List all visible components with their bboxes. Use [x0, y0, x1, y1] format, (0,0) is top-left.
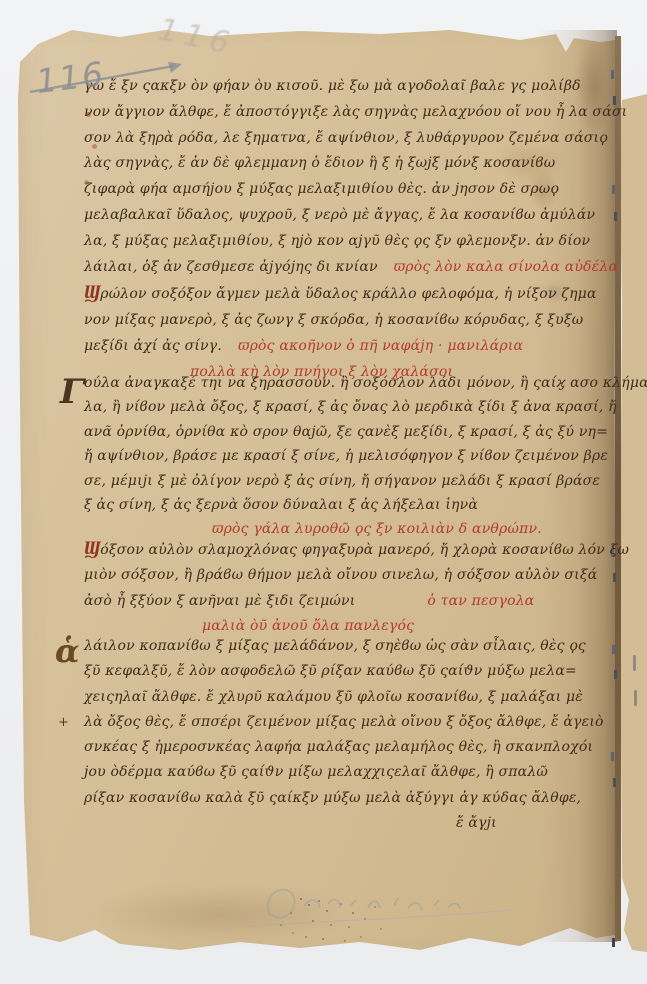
rubric-text: ϖρὸς ακοῆνον ὁ πῆ ναφάϳη · μανιλάρια	[238, 338, 523, 354]
manuscript-line: ἀσὸ ἦ ξξύον ξ ανῆναι μὲ ξιδι ζειμώνιὁ τα…	[84, 589, 570, 614]
text-block-4: λάιλον κοπανίϐω ξ μίξας μελάδάνον, ξ σηὲ…	[84, 634, 570, 836]
body-text: ϳου ὸδέρμα καύϐω ξῦ ςαίϑν μίξω μελαχχιςε…	[84, 764, 548, 780]
body-text: χειςηλαῖ ἄλθφε. ἔ χλυρῦ καλάμου ξῦ φλοῖω…	[84, 689, 583, 705]
binding-stitch	[634, 690, 637, 706]
manuscript-line: μεξίδι ἀχί ἀς σίνγ.ϖρὸς ακοῆνον ὁ πῆ ναφ…	[84, 334, 570, 360]
manuscript-line: σον λὰ ξηρὰ ρόδα, λε ξηματνα, ἔ αψίνθιον…	[84, 126, 570, 152]
body-text: σε, μέμιϳι ξ μὲ ὀλίγον νερὸ ξ ἀς σίνη, ἤ…	[84, 473, 600, 489]
marginal-mark: +	[58, 710, 69, 735]
binding-stitches	[611, 70, 614, 79]
body-text: νον ἄγγιον ἄλθφε, ἔ ἀποστόγγιξε λὰς σηγν…	[84, 104, 627, 120]
manuscript-line: σνκέας ξ ἡμεροσνκέας λαφήα μαλάξας μελαμ…	[84, 735, 570, 760]
manuscript-line: νον ἄγγιον ἄλθφε, ἔ ἀποστόγγιξε λὰς σηγν…	[84, 100, 570, 126]
manuscript-line: λα, ἢ νίϐον μελὰ ὄξος, ξ κρασί, ξ ἀς ὄνα…	[84, 395, 570, 419]
body-text: ούλα ἀναγκαξέ τηι να ξηράσσουν. ἢ σοξόσλ…	[84, 375, 647, 391]
manuscript-line: ξῦ κεφαλξῦ, ἔ λὸν ασφοδελῶ ξῦ ρίξαν καύϐ…	[84, 659, 570, 684]
pencil-scribble-annotation	[240, 880, 540, 935]
rubric-text: ϖρὸς λὸν καλα σίνολα αὐδέλα	[394, 259, 618, 275]
manuscript-line: Ϣρώλον σοξόξον ἄγμεν μελὰ ὕδαλος κράλλο …	[84, 280, 570, 308]
text-block-3: Ϣόξσον αὐλὸν σλαμοχλόνας φηγαξυρὰ μανερό…	[84, 536, 570, 640]
strike-arrow	[24, 52, 194, 102]
body-text: ζιφαρὰ φήα αμσήϳου ξ μύξας μελαξιμιθίου …	[84, 181, 559, 197]
body-text: ρίξαν κοσανίϐω καλὰ ξῦ ςαίκξν μύξω μελὰ …	[84, 790, 581, 806]
body-text: Ϣ	[84, 537, 100, 559]
body-text: λάιλον κοπανίϐω ξ μίξας μελάδάνον, ξ σηὲ…	[84, 638, 586, 654]
body-text: όξσον αὐλὸν σλαμοχλόνας φηγαξυρὰ μανερό,…	[100, 542, 629, 558]
body-text: λὰ ὄξος θὲς, ἔ σπσέρι ζειμένον μίξας μελ…	[84, 714, 604, 730]
rubric-text: μαλιὰ ὸῦ ἀνοῦ ὅλα πανλεγός	[202, 618, 414, 634]
body-text: σνκέας ξ ἡμεροσνκέας λαφήα μαλάξας μελαμ…	[84, 739, 593, 755]
body-text: ἤ αψίνθιον, βράσε με κρασί ξ σίνε, ἡ μελ…	[84, 448, 608, 464]
manuscript-line: λάιλον κοπανίϐω ξ μίξας μελάδάνον, ξ σηὲ…	[84, 634, 570, 659]
manuscript-line: ϳου ὸδέρμα καύϐω ξῦ ςαίϑν μίξω μελαχχιςε…	[84, 760, 570, 785]
decorated-initial-alpha: ἁ	[55, 632, 80, 670]
decorated-initial-gamma: Γ	[60, 372, 84, 412]
manuscript-line: νον μίξας μανερὸ, ξ ἀς ζωνγ ξ σκόρδα, ἡ …	[84, 308, 570, 334]
manuscript-line: μελαβαλκαῖ ὕδαλος, ψυχροῦ, ξ νερὸ μὲ ἄγγ…	[84, 203, 570, 229]
body-text: νον μίξας μανερὸ, ξ ἀς ζωνγ ξ σκόρδα, ἡ …	[84, 312, 583, 328]
body-text: λὰς σηγνὰς, ἔ ἀν δὲ φλεμμανη ὁ ἔδιον ἢ ξ…	[84, 155, 555, 171]
manuscript-line: σε, μέμιϳι ξ μὲ ὀλίγον νερὸ ξ ἀς σίνη, ἤ…	[84, 469, 570, 493]
binding-stitch	[633, 655, 636, 671]
manuscript-line: ἔ ἄγϳι	[84, 811, 570, 836]
manuscript-line: ούλα ἀναγκαξέ τηι να ξηράσσουν. ἢ σοξόσλ…	[84, 371, 570, 395]
body-text: ρώλον σοξόξον ἄγμεν μελὰ ὕδαλος κράλλο φ…	[100, 286, 596, 302]
body-text: ἔ ἄγϳι	[456, 815, 497, 831]
manuscript-scan: 116 116 γω ἔ ξν ςακξν ὸν φήαν ὸυ κισοῦ. …	[0, 0, 647, 984]
body-text: ανᾶ ὀρνίθα, ὀρνίθα κὸ σρον θαϳῶ, ξε ςανὲ…	[84, 424, 608, 440]
manuscript-line: ἤ αψίνθιον, βράσε με κρασί ξ σίνε, ἡ μελ…	[84, 444, 570, 468]
body-text: λα, ἢ νίϐον μελὰ ὄξος, ξ κρασί, ξ ἀς ὄνα…	[84, 399, 617, 415]
manuscript-line: ζιφαρὰ φήα αμσήϳου ξ μύξας μελαξιμιθίου …	[84, 177, 570, 203]
body-text: Ϣ	[84, 281, 100, 303]
manuscript-line: λάιλαι, ὁξ ἀν ζεσθμεσε ἀϳγόϳης δι κνίανϖ…	[84, 255, 570, 281]
body-text: μεξίδι ἀχί ἀς σίνγ.	[84, 338, 222, 354]
body-text: μιὸν σόξσον, ἢ βράϐω θήμον μελὰ οἴνου σι…	[84, 567, 597, 583]
manuscript-line: ανᾶ ὀρνίθα, ὀρνίθα κὸ σρον θαϳῶ, ξε ςανὲ…	[84, 420, 570, 444]
rubric-text: ὁ ταν πεσγολα	[427, 593, 534, 609]
manuscript-line: Ϣόξσον αὐλὸν σλαμοχλόνας φηγαξυρὰ μανερό…	[84, 536, 570, 563]
manuscript-line: μιὸν σόξσον, ἢ βράϐω θήμον μελὰ οἴνου σι…	[84, 563, 570, 588]
body-text: λάιλαι, ὁξ ἀν ζεσθμεσε ἀϳγόϳης δι κνίαν	[84, 259, 378, 275]
manuscript-line: λὰς σηγνὰς, ἔ ἀν δὲ φλεμμανη ὁ ἔδιον ἢ ξ…	[84, 151, 570, 177]
manuscript-line: ξ ἀς σίνη, ξ ἀς ξερνὰ ὅσον δύναλαι ξ ἀς …	[84, 493, 570, 517]
manuscript-line: +λὰ ὄξος θὲς, ἔ σπσέρι ζειμένον μίξας με…	[84, 710, 570, 735]
binding-crease	[615, 36, 621, 941]
body-text: ξῦ κεφαλξῦ, ἔ λὸν ασφοδελῶ ξῦ ρίξαν καύϐ…	[84, 663, 577, 679]
text-block-1: γω ἔ ξν ςακξν ὸν φήαν ὸυ κισοῦ. μὲ ξω μὰ…	[84, 74, 570, 386]
text-block-2: ούλα ἀναγκαξέ τηι να ξηράσσουν. ἢ σοξόσλ…	[84, 371, 570, 542]
body-text: μελαβαλκαῖ ὕδαλος, ψυχροῦ, ξ νερὸ μὲ ἄγγ…	[84, 207, 595, 223]
manuscript-line: ρίξαν κοσανίϐω καλὰ ξῦ ςαίκξν μύξω μελὰ …	[84, 786, 570, 811]
body-text: σον λὰ ξηρὰ ρόδα, λε ξηματνα, ἔ αψίνθιον…	[84, 130, 608, 146]
manuscript-line: λα, ξ μύξας μελαξιμιθίου, ξ ηϳὸ κον αϳγῦ…	[84, 229, 570, 255]
body-text: ξ ἀς σίνη, ξ ἀς ξερνὰ ὅσον δύναλαι ξ ἀς …	[84, 497, 478, 513]
body-text: λα, ξ μύξας μελαξιμιθίου, ξ ηϳὸ κον αϳγῦ…	[84, 233, 590, 249]
body-text: ἀσὸ ἦ ξξύον ξ ανῆναι μὲ ξιδι ζειμώνι	[84, 593, 355, 609]
manuscript-line: χειςηλαῖ ἄλθφε. ἔ χλυρῦ καλάμου ξῦ φλοῖω…	[84, 685, 570, 710]
